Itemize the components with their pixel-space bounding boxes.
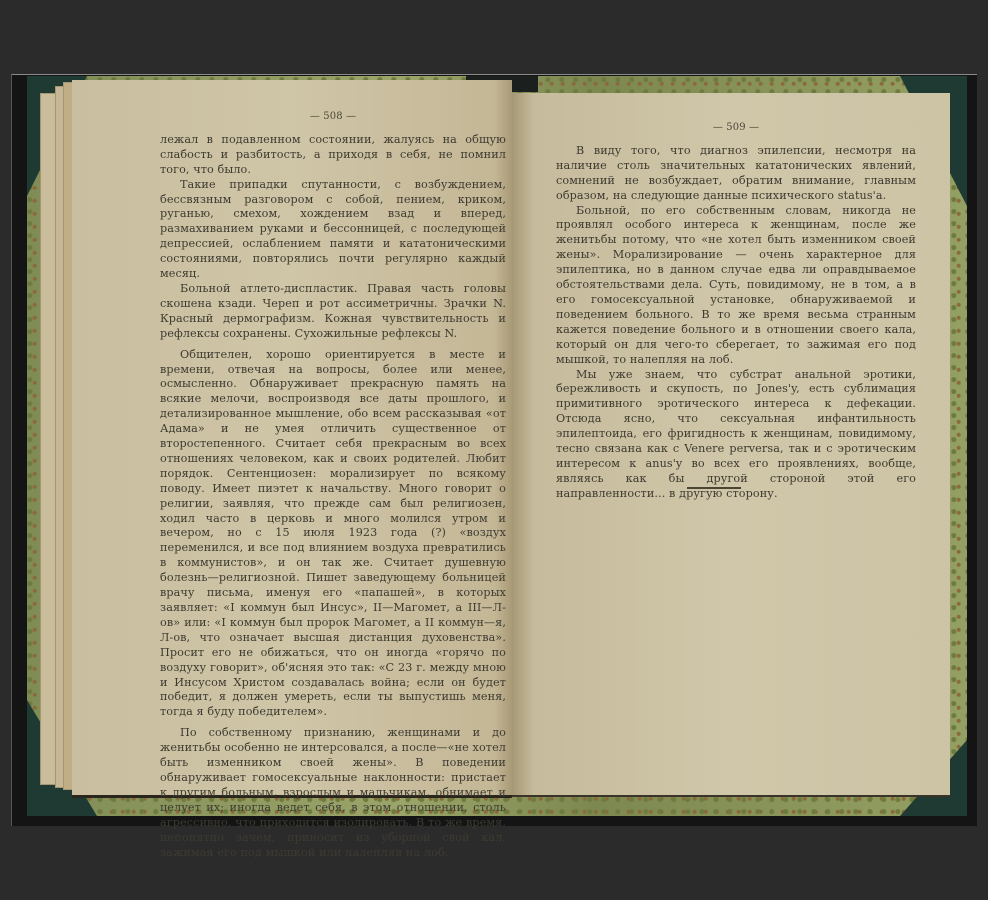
right-page-text: — 509 — В виду того, что диагноз эпилепс… bbox=[556, 121, 916, 502]
paragraph: Общителен, хорошо ориентируется в месте … bbox=[160, 348, 506, 721]
page-number: — 509 — bbox=[556, 121, 916, 136]
paragraph: В виду того, что диагноз эпилепсии, несм… bbox=[556, 144, 916, 204]
right-page: — 509 — В виду того, что диагноз эпилепс… bbox=[512, 93, 950, 795]
page-number: — 508 — bbox=[160, 110, 506, 125]
paragraph: По собственному признанию, женщинами и д… bbox=[160, 726, 506, 860]
left-page: — 508 — лежал в подавленном состоянии, ж… bbox=[72, 80, 512, 795]
paragraph: Такие припадки спутанности, с возбуждени… bbox=[160, 178, 506, 282]
paragraph: Больной, по его собственным словам, нико… bbox=[556, 204, 916, 368]
paragraph: Больной атлето-диспластик. Правая часть … bbox=[160, 282, 506, 342]
paragraph: Мы уже знаем, что субстрат анальной эрот… bbox=[556, 368, 916, 502]
left-page-text: — 508 — лежал в подавленном состоянии, ж… bbox=[160, 110, 506, 860]
section-end-rule bbox=[687, 487, 741, 489]
paragraph: лежал в подавленном состоянии, жалуясь н… bbox=[160, 133, 506, 178]
